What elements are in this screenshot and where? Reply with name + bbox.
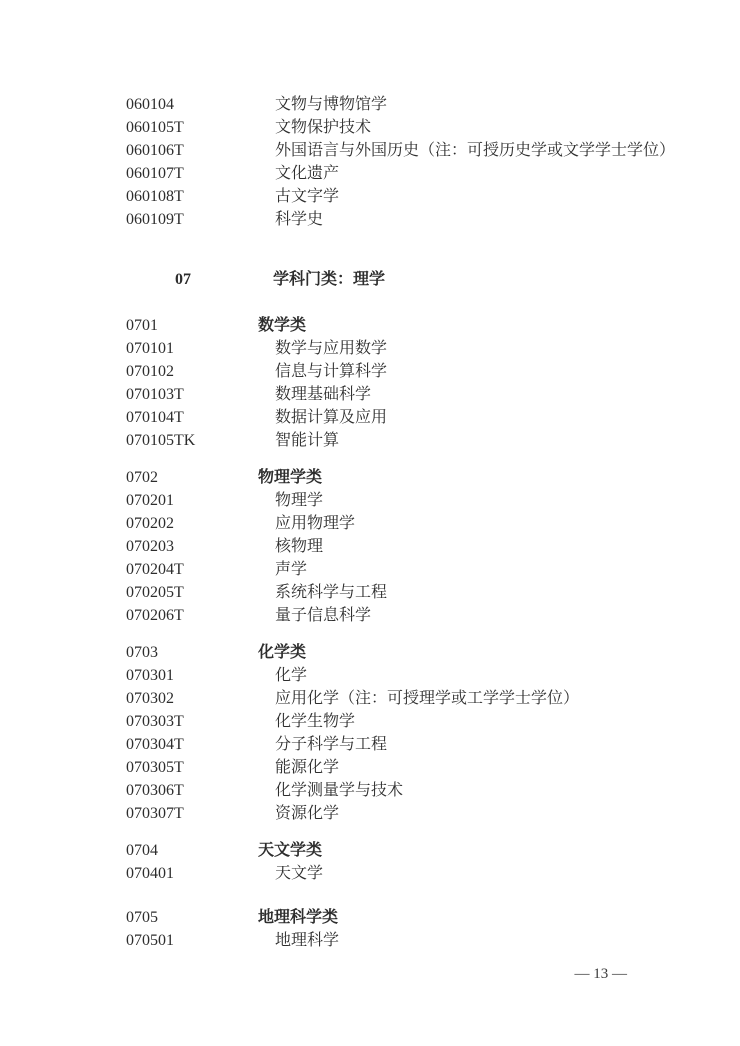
category-name: 数学类 [258,317,306,334]
major-code: 060106T [126,139,258,162]
major-code: 060109T [126,208,258,231]
major-code: 070306T [126,779,258,802]
category-code: 0703 [126,641,258,664]
category-name: 天文学类 [258,842,322,859]
major-name: 数理基础科学 [258,386,371,403]
major-code: 060108T [126,185,258,208]
section-code: 07 [175,268,273,291]
category-row: 0703化学类 [0,641,740,664]
category-row: 0701数学类 [0,314,740,337]
major-row: 070104T数据计算及应用 [0,406,740,429]
major-name: 古文字学 [258,188,339,205]
major-row: 060105T文物保护技术 [0,116,740,139]
major-row: 070201物理学 [0,489,740,512]
major-code: 070206T [126,604,258,627]
major-row: 060109T科学史 [0,208,740,231]
major-code: 070202 [126,512,258,535]
major-name: 系统科学与工程 [258,584,387,601]
major-name: 化学测量学与技术 [258,782,403,799]
page-number: — 13 — [575,963,628,986]
major-row: 060106T外国语言与外国历史（注：可授历史学或文学学士学位） [0,139,740,162]
major-code: 070204T [126,558,258,581]
continuation-block: 060104文物与博物馆学 060105T文物保护技术 060106T外国语言与… [0,93,740,231]
category-group: 0704天文学类 070401天文学 [0,839,740,885]
major-code: 070102 [126,360,258,383]
major-code: 070302 [126,687,258,710]
major-row: 060104文物与博物馆学 [0,93,740,116]
major-row: 070101数学与应用数学 [0,337,740,360]
major-code: 070105TK [126,429,258,452]
major-row: 070103T数理基础科学 [0,383,740,406]
major-code: 070201 [126,489,258,512]
major-name: 化学 [258,667,307,684]
category-group: 0703化学类 070301化学 070302应用化学（注：可授理学或工学学士学… [0,641,740,825]
major-row: 060107T文化遗产 [0,162,740,185]
major-row: 070102信息与计算科学 [0,360,740,383]
major-name: 地理科学 [258,932,339,949]
major-row: 070204T声学 [0,558,740,581]
major-row: 070302应用化学（注：可授理学或工学学士学位） [0,687,740,710]
category-name: 化学类 [258,644,306,661]
major-row: 070401天文学 [0,862,740,885]
category-group: 0702物理学类 070201物理学 070202应用物理学 070203核物理… [0,466,740,627]
major-code: 070104T [126,406,258,429]
major-row: 070305T能源化学 [0,756,740,779]
section-title: 学科门类：理学 [273,271,385,288]
major-name: 声学 [258,561,307,578]
document-page: 060104文物与博物馆学 060105T文物保护技术 060106T外国语言与… [0,0,740,1046]
major-name: 科学史 [258,211,323,228]
category-code: 0705 [126,906,258,929]
category-code: 0704 [126,839,258,862]
major-name: 外国语言与外国历史（注：可授历史学或文学学士学位） [258,142,675,159]
major-code: 070101 [126,337,258,360]
major-row: 070202应用物理学 [0,512,740,535]
major-row: 070205T系统科学与工程 [0,581,740,604]
major-row: 070105TK智能计算 [0,429,740,452]
major-row: 070501地理科学 [0,929,740,952]
major-code: 070205T [126,581,258,604]
major-row: 070307T资源化学 [0,802,740,825]
major-code: 070303T [126,710,258,733]
category-row: 0705地理科学类 [0,906,740,929]
major-name: 数据计算及应用 [258,409,387,426]
category-group: 0701数学类 070101数学与应用数学 070102信息与计算科学 0701… [0,314,740,452]
major-row: 070303T化学生物学 [0,710,740,733]
major-code: 060104 [126,93,258,116]
major-name: 资源化学 [258,805,339,822]
major-row: 070304T分子科学与工程 [0,733,740,756]
category-name: 物理学类 [258,469,322,486]
major-name: 应用化学（注：可授理学或工学学士学位） [258,690,579,707]
category-row: 0702物理学类 [0,466,740,489]
major-code: 060107T [126,162,258,185]
major-row: 070301化学 [0,664,740,687]
major-code: 070103T [126,383,258,406]
category-code: 0702 [126,466,258,489]
major-name: 能源化学 [258,759,339,776]
major-code: 070401 [126,862,258,885]
section-header-row: 07学科门类：理学 [0,268,740,291]
category-name: 地理科学类 [258,909,338,926]
major-name: 文物与博物馆学 [258,96,387,113]
major-row: 070306T化学测量学与技术 [0,779,740,802]
category-code: 0701 [126,314,258,337]
major-code: 070203 [126,535,258,558]
major-code: 070301 [126,664,258,687]
major-name: 物理学 [258,492,323,509]
major-name: 信息与计算科学 [258,363,387,380]
category-group: 0705地理科学类 070501地理科学 [0,906,740,952]
major-code: 070501 [126,929,258,952]
major-name: 数学与应用数学 [258,340,387,357]
major-name: 文物保护技术 [258,119,371,136]
major-name: 智能计算 [258,432,339,449]
major-code: 070304T [126,733,258,756]
major-code: 060105T [126,116,258,139]
major-code: 070307T [126,802,258,825]
category-row: 0704天文学类 [0,839,740,862]
major-row: 070206T量子信息科学 [0,604,740,627]
major-name: 文化遗产 [258,165,339,182]
major-name: 化学生物学 [258,713,355,730]
major-name: 分子科学与工程 [258,736,387,753]
major-name: 核物理 [258,538,323,555]
major-code: 070305T [126,756,258,779]
major-name: 天文学 [258,865,323,882]
major-row: 070203核物理 [0,535,740,558]
major-name: 应用物理学 [258,515,355,532]
major-name: 量子信息科学 [258,607,371,624]
major-row: 060108T古文字学 [0,185,740,208]
catalog-content: 060104文物与博物馆学 060105T文物保护技术 060106T外国语言与… [0,93,740,952]
